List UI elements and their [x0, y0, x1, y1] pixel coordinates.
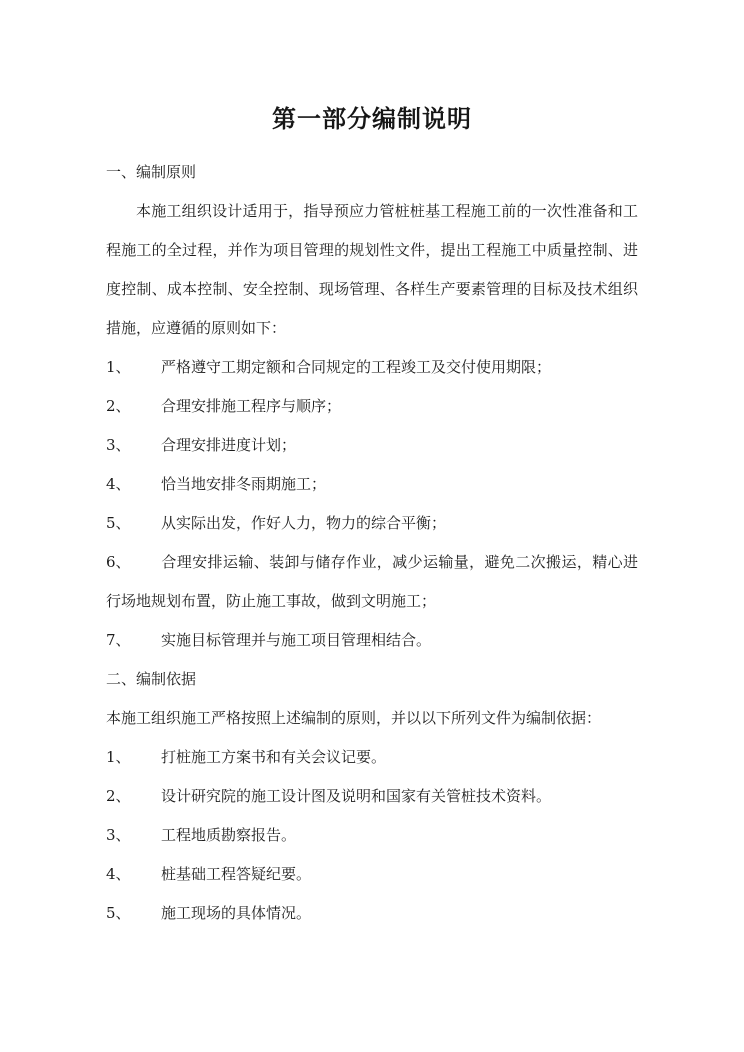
list-item-text: 从实际出发，作好人力，物力的综合平衡；	[161, 514, 446, 532]
document-title: 第一部分编制说明	[106, 104, 638, 134]
list-item: 3、工程地质勘察报告。	[106, 816, 638, 855]
list-item-text: 施工现场的具体情况。	[161, 904, 311, 922]
list-item: 4、桩基础工程答疑纪要。	[106, 855, 638, 894]
list-item: 2、设计研究院的施工设计图及说明和国家有关管桩技术资料。	[106, 777, 638, 816]
list-item-number: 2、	[106, 387, 161, 426]
list-item-text: 合理安排施工程序与顺序；	[161, 397, 341, 415]
list-item: 2、合理安排施工程序与顺序；	[106, 387, 638, 426]
list-item-number: 1、	[106, 348, 161, 387]
list-item: 1、打桩施工方案书和有关会议记要。	[106, 738, 638, 777]
list-item-text: 打桩施工方案书和有关会议记要。	[161, 748, 386, 766]
list-item-number: 6、	[106, 543, 161, 582]
section-1-paragraph: 本施工组织设计适用于，指导预应力管桩桩基工程施工前的一次性准备和工程施工的全过程…	[106, 192, 638, 348]
list-item-number: 5、	[106, 504, 161, 543]
list-item-number: 4、	[106, 465, 161, 504]
document-content: 一、编制原则 本施工组织设计适用于，指导预应力管桩桩基工程施工前的一次性准备和工…	[106, 153, 638, 933]
list-item: 6、合理安排运输、装卸与储存作业，减少运输量，避免二次搬运，精心进行场地规划布置…	[106, 543, 638, 621]
list-item: 4、恰当地安排冬雨期施工；	[106, 465, 638, 504]
list-item-text: 桩基础工程答疑纪要。	[161, 865, 311, 883]
list-item-text: 恰当地安排冬雨期施工；	[161, 475, 326, 493]
list-item: 5、施工现场的具体情况。	[106, 894, 638, 933]
list-item: 7、实施目标管理并与施工项目管理相结合。	[106, 621, 638, 660]
list-item-number: 7、	[106, 621, 161, 660]
list-item-number: 1、	[106, 738, 161, 777]
list-item-text: 严格遵守工期定额和合同规定的工程竣工及交付使用期限；	[161, 358, 551, 376]
list-item-number: 4、	[106, 855, 161, 894]
list-item: 1、严格遵守工期定额和合同规定的工程竣工及交付使用期限；	[106, 348, 638, 387]
list-item-text: 合理安排进度计划；	[161, 436, 296, 454]
list-item-number: 3、	[106, 816, 161, 855]
list-item-number: 2、	[106, 777, 161, 816]
list-item: 5、从实际出发，作好人力，物力的综合平衡；	[106, 504, 638, 543]
document-page: 第一部分编制说明 一、编制原则 本施工组织设计适用于，指导预应力管桩桩基工程施工…	[0, 0, 744, 1052]
list-item-text: 实施目标管理并与施工项目管理相结合。	[161, 631, 431, 649]
section-2-paragraph: 本施工组织施工严格按照上述编制的原则，并以以下所列文件为编制依据：	[106, 699, 638, 738]
list-item-text: 设计研究院的施工设计图及说明和国家有关管桩技术资料。	[161, 787, 551, 805]
list-item: 3、合理安排进度计划；	[106, 426, 638, 465]
list-item-number: 5、	[106, 894, 161, 933]
list-item-text: 合理安排运输、装卸与储存作业，减少运输量，避免二次搬运，精心进行场地规划布置，防…	[106, 553, 638, 610]
section-2-heading: 二、编制依据	[106, 660, 638, 699]
list-item-number: 3、	[106, 426, 161, 465]
section-1-heading: 一、编制原则	[106, 153, 638, 192]
list-item-text: 工程地质勘察报告。	[161, 826, 296, 844]
